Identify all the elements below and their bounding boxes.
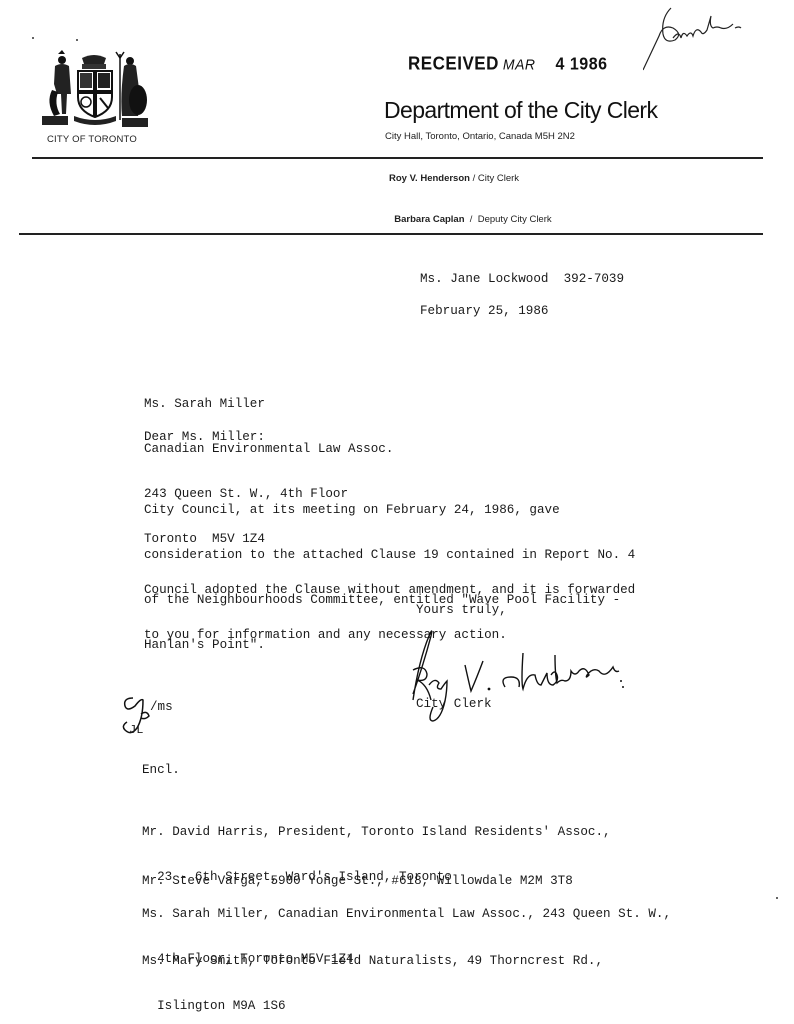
signatory-title: City Clerk bbox=[416, 697, 492, 712]
header-divider-bottom bbox=[19, 233, 763, 235]
officer-name: Roy V. Henderson bbox=[389, 173, 470, 184]
officer-title: City Clerk bbox=[478, 173, 519, 184]
scan-speck bbox=[776, 897, 778, 899]
received-stamp-label: RECEIVED bbox=[408, 53, 499, 74]
city-of-toronto-crest-icon bbox=[40, 50, 150, 130]
officer-name: Barbara Caplan bbox=[394, 214, 464, 225]
officer-title: Deputy City Clerk bbox=[478, 214, 552, 225]
letter-date: February 25, 1986 bbox=[420, 304, 548, 319]
header-divider-top bbox=[32, 157, 763, 159]
officer-deputy-city-clerk: Barbara Caplan / Deputy City Clerk bbox=[389, 203, 552, 225]
copy-recipient: Ms. Mary Smith, Toronto Field Naturalist… bbox=[142, 924, 603, 1024]
handwritten-note-signature bbox=[643, 2, 763, 72]
scan-speck bbox=[76, 39, 78, 41]
department-title: Department of the City Clerk bbox=[384, 97, 657, 124]
received-stamp: RECEIVEDMAR4 1986 bbox=[408, 53, 607, 75]
salutation: Dear Ms. Miller: bbox=[144, 430, 265, 445]
received-stamp-month: MAR bbox=[503, 55, 536, 72]
scan-speck bbox=[32, 37, 34, 39]
department-address: City Hall, Toronto, Ontario, Canada M5H … bbox=[385, 131, 575, 142]
contact-line: Ms. Jane Lockwood 392-7039 bbox=[420, 272, 624, 287]
enclosure-note: Encl. bbox=[142, 763, 180, 778]
recipient-line: Ms. Sarah Miller bbox=[144, 397, 393, 412]
officer-city-clerk: Roy V. Henderson / City Clerk bbox=[389, 173, 519, 184]
city-label: CITY OF TORONTO bbox=[47, 134, 137, 145]
typist-reference: /ms bbox=[150, 700, 173, 715]
received-stamp-date: 4 1986 bbox=[556, 55, 608, 73]
initials-typed: JL bbox=[129, 723, 143, 738]
